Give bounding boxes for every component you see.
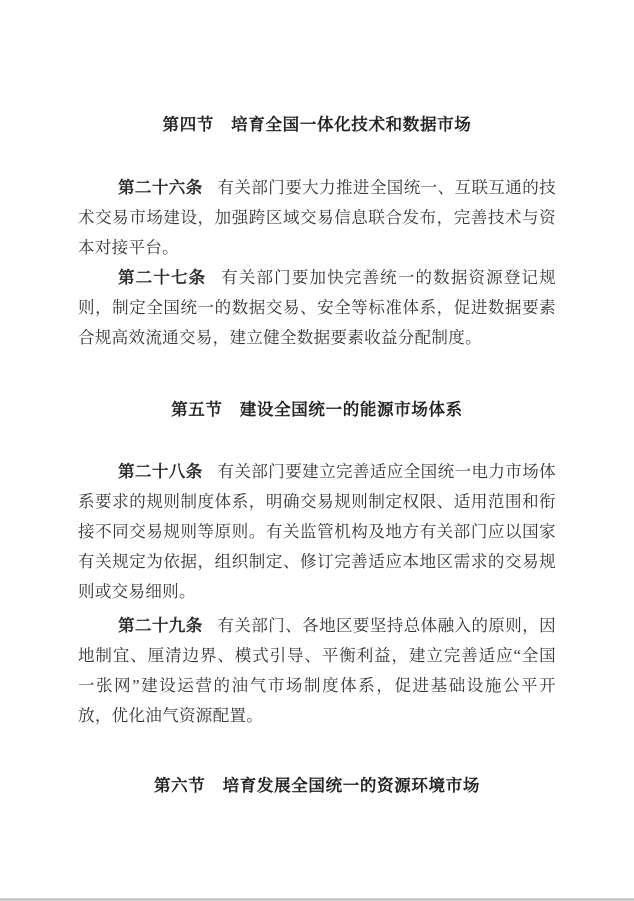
document-page: 第四节 培育全国一体化技术和数据市场 第二十六条有关部门要大力推进全国统一、互联…: [0, 0, 634, 901]
document-content: 第四节 培育全国一体化技术和数据市场 第二十六条有关部门要大力推进全国统一、互联…: [78, 0, 556, 801]
article-26: 第二十六条有关部门要大力推进全国统一、互联互通的技术交易市场建设，加强跨区域交易…: [78, 173, 556, 263]
article-28-number: 第二十八条: [118, 463, 203, 481]
article-27-number: 第二十七条: [118, 269, 206, 287]
article-29: 第二十九条有关部门、各地区要坚持总体融入的原则，因地制宜、厘清边界、模式引导、平…: [78, 611, 556, 731]
article-27: 第二十七条有关部门要加快完善统一的数据资源登记规则，制定全国统一的数据交易、安全…: [78, 263, 556, 353]
article-26-number: 第二十六条: [118, 179, 203, 197]
section-heading-4: 第四节 培育全国一体化技术和数据市场: [78, 110, 556, 140]
article-28: 第二十八条有关部门要建立完善适应全国统一电力市场体系要求的规则制度体系，明确交易…: [78, 457, 556, 607]
article-28-text: 有关部门要建立完善适应全国统一电力市场体系要求的规则制度体系，明确交易规则制定权…: [78, 462, 556, 601]
article-29-number: 第二十九条: [118, 617, 203, 635]
section-heading-5: 第五节 建设全国统一的能源市场体系: [78, 395, 556, 425]
section-heading-6: 第六节 培育发展全国统一的资源环境市场: [78, 771, 556, 801]
